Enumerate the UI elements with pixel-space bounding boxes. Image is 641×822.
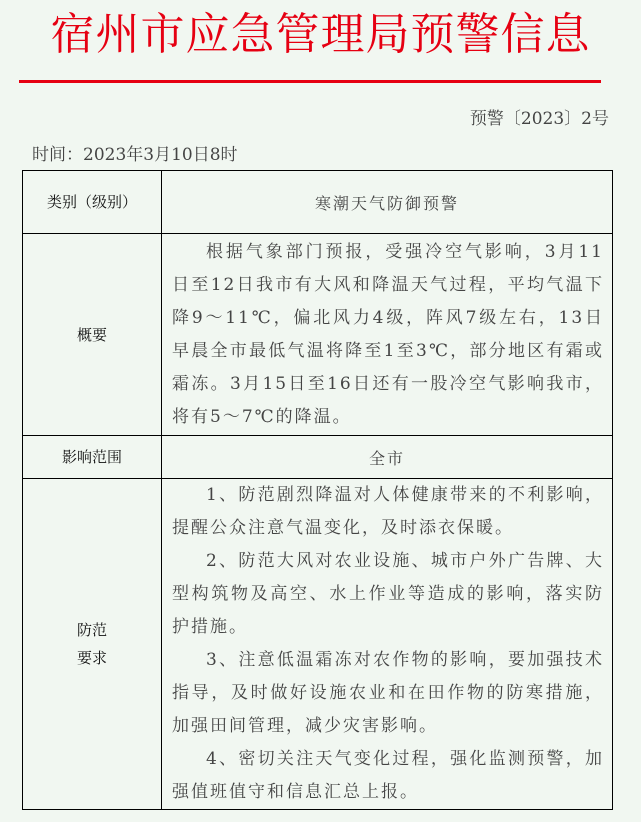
category-value: 寒潮天气防御预警 — [162, 171, 613, 234]
requirement-item: 3、注意低温霜冻对农作物的影响，要加强技术指导，及时做好设施农业和在田作物的防寒… — [172, 644, 604, 743]
table-row-requirements: 防范 要求 1、防范剧烈降温对人体健康带来的不利影响，提醒公众注意气温变化，及时… — [23, 479, 613, 810]
page-title: 宿州市应急管理局预警信息 — [0, 8, 641, 62]
issue-time: 时间：2023年3月10日8时 — [32, 140, 238, 165]
requirement-item: 4、密切关注天气变化过程，强化监测预警，加强值班值守和信息汇总上报。 — [172, 743, 604, 809]
summary-label: 概要 — [23, 234, 162, 436]
requirements-label-line1: 防范 — [33, 616, 151, 644]
category-label: 类别（级别） — [23, 171, 162, 234]
title-divider — [19, 80, 601, 83]
document-number: 预警〔2023〕2号 — [470, 104, 609, 129]
table-row-scope: 影响范围 全市 — [23, 436, 613, 479]
requirements-label: 防范 要求 — [23, 479, 162, 810]
requirement-item: 2、防范大风对农业设施、城市户外广告牌、大型构筑物及高空、水上作业等造成的影响，… — [172, 545, 604, 644]
table-row-category: 类别（级别） 寒潮天气防御预警 — [23, 171, 613, 234]
requirement-item: 1、防范剧烈降温对人体健康带来的不利影响，提醒公众注意气温变化，及时添衣保暖。 — [172, 479, 604, 545]
summary-paragraph: 根据气象部门预报，受强冷空气影响，3月11日至12日我市有大风和降温天气过程，平… — [172, 236, 604, 434]
scope-label: 影响范围 — [23, 436, 162, 479]
summary-content: 根据气象部门预报，受强冷空气影响，3月11日至12日我市有大风和降温天气过程，平… — [162, 234, 613, 436]
requirements-content: 1、防范剧烈降温对人体健康带来的不利影响，提醒公众注意气温变化，及时添衣保暖。 … — [162, 479, 613, 810]
scope-value: 全市 — [162, 436, 613, 479]
table-row-summary: 概要 根据气象部门预报，受强冷空气影响，3月11日至12日我市有大风和降温天气过… — [23, 234, 613, 436]
warning-table: 类别（级别） 寒潮天气防御预警 概要 根据气象部门预报，受强冷空气影响，3月11… — [22, 170, 613, 810]
requirements-label-line2: 要求 — [33, 644, 151, 672]
